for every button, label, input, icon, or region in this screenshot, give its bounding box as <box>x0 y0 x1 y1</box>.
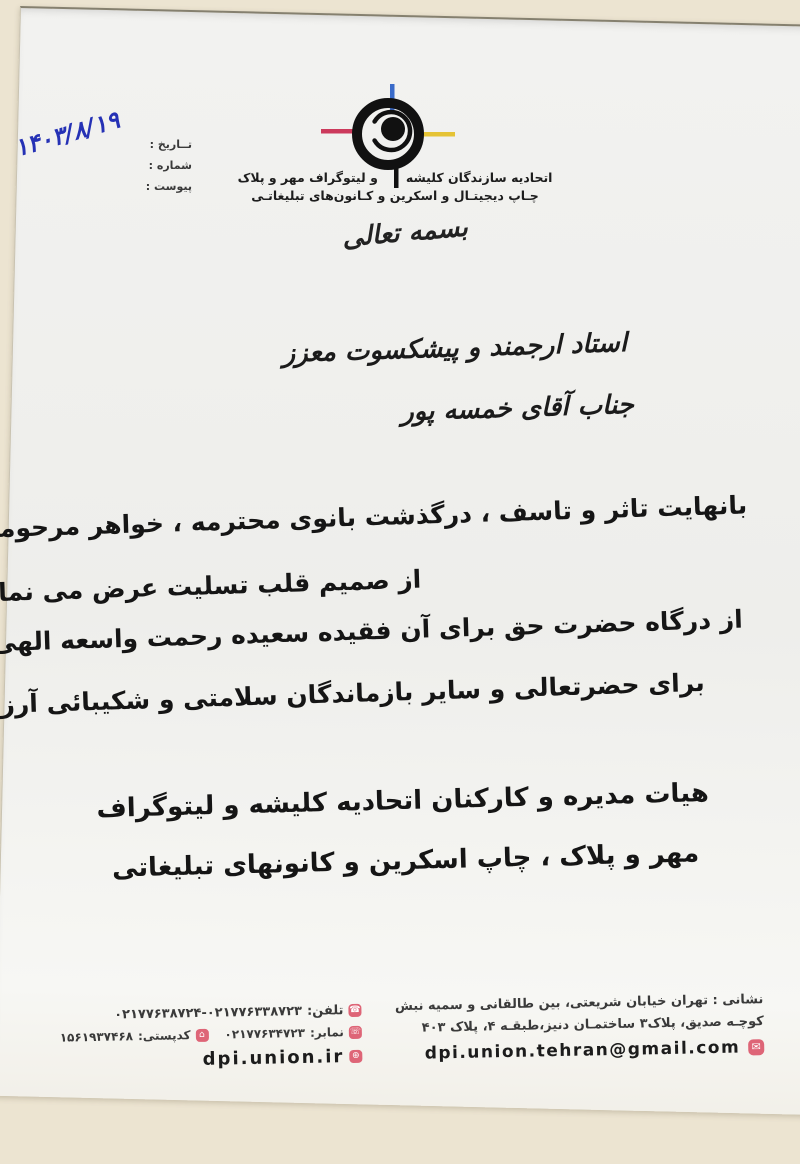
postal-label: کدپستی: <box>138 1028 191 1043</box>
salutation-line-2: جناب آقای خمسه پور <box>401 390 635 427</box>
number-label: شماره : <box>138 155 192 176</box>
signature-line-1: هیات مدیره و کارکنان اتحادیه کلیشه و لیت… <box>99 778 710 824</box>
registration-mark-logo-icon <box>320 82 460 192</box>
address-column: نشانی : تهران خیابان شریعتی، بین طالقانی… <box>371 989 764 1066</box>
logo-bottom-bar <box>394 164 399 188</box>
email-address: dpi.union.tehran@gmail.com <box>425 1037 741 1065</box>
meta-fields: تــاریخ : شماره : پیوست : <box>138 134 192 197</box>
logo-center-dot <box>381 117 405 141</box>
website-globe-icon: ⊕ <box>349 1049 362 1062</box>
phone-numbers: ۰۲۱۷۷۶۳۸۷۲۴-۰۲۱۷۷۶۳۳۸۷۲۳ <box>114 1003 302 1022</box>
postal-icon: ⌂ <box>195 1028 208 1041</box>
scanned-letter-page: ۱۴۰۳/۸/۱۹ تــاریخ : شماره : پیوست : اتحا… <box>0 0 800 1164</box>
phone-icon: ☎ <box>348 1003 361 1016</box>
body-line: بانهایت تاثر و تاسف ، درگذشت بانوی محترم… <box>0 490 748 545</box>
body-line: برای حضرتعالی و سایر بازماندگان سلامتی و… <box>0 668 705 722</box>
attachment-label: پیوست : <box>138 176 192 197</box>
logo-yellow-line <box>421 132 455 137</box>
fax-label: نمابر: <box>310 1025 344 1040</box>
website-row: ⊕ dpi.union.ir <box>50 1045 362 1073</box>
phone-label: تلفن: <box>307 1003 344 1019</box>
letter-body: استاد ارجمند و پیشکسوت معزز جناب آقای خم… <box>53 314 766 766</box>
handwritten-date: ۱۴۰۳/۸/۱۹ <box>1 103 134 166</box>
signature-line-2: مهر و پلاک ، چاپ اسکرین و کانونهای تبلیغ… <box>100 838 711 884</box>
body-line: از درگاه حضرت حق برای آن فقیده سعیده رحم… <box>0 605 743 658</box>
postal-code: ۱۵۶۱۹۳۷۴۶۸ <box>60 1029 134 1044</box>
website-url: dpi.union.ir <box>202 1046 344 1070</box>
letter-content: ۱۴۰۳/۸/۱۹ تــاریخ : شماره : پیوست : اتحا… <box>0 0 800 1164</box>
fax-number: ۰۲۱۷۷۶۳۴۷۲۳ <box>224 1026 305 1042</box>
bismillah-heading: بسمه تعالی <box>329 212 481 255</box>
salutation-line-1: استاد ارجمند و پیشکسوت معزز <box>282 328 627 369</box>
phone-column: ☎ تلفن: ۰۲۱۷۷۶۳۸۷۲۴-۰۲۱۷۷۶۳۳۸۷۲۳ ☏ نمابر… <box>49 999 362 1073</box>
email-row: ✉ dpi.union.tehran@gmail.com <box>372 1036 764 1066</box>
letterhead-footer: نشانی : تهران خیابان شریعتی، بین طالقانی… <box>39 987 771 1091</box>
fax-postal-row: ☏ نمابر: ۰۲۱۷۷۶۳۴۷۲۳ ⌂ کدپستی: ۱۵۶۱۹۳۷۴۶… <box>50 1021 362 1049</box>
fax-icon: ☏ <box>349 1025 362 1038</box>
email-icon: ✉ <box>748 1039 764 1055</box>
date-label: تــاریخ : <box>138 134 192 155</box>
body-line: از صمیم قلب تسلیت عرض می نمائیم . <box>0 565 422 609</box>
signature-block: هیات مدیره و کارکنان اتحادیه کلیشه و لیت… <box>99 772 712 908</box>
